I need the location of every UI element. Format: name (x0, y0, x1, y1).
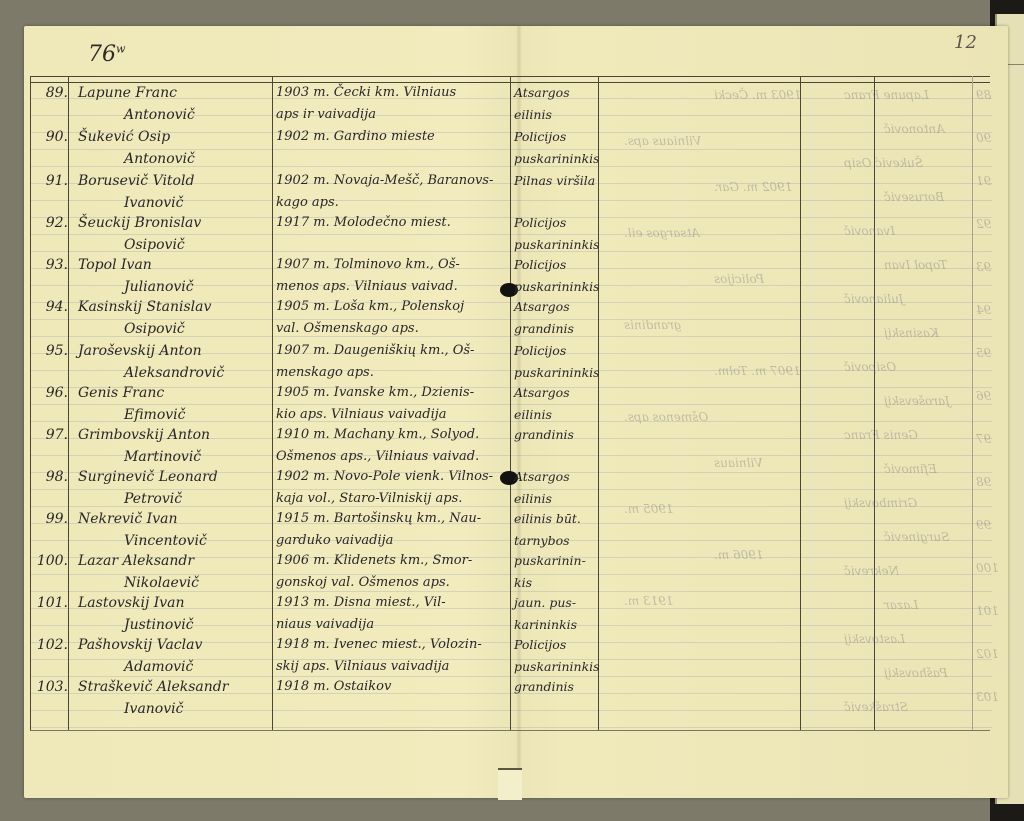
entry-patronymic: Aleksandrovič (124, 362, 224, 384)
entry-birth-line2: kaja vol., Staro-Vilniskij aps. (276, 488, 462, 510)
ghost-text-birth: grandinis (624, 318, 682, 332)
entry-birth-line1: 1906 m. Klidenets km., Smor- (276, 550, 472, 572)
ghost-text-name: Borusevič (884, 190, 944, 204)
ghost-text-name: Pašhovskij (884, 666, 948, 680)
entry-name: Kasinskij Stanislav (78, 296, 211, 318)
entry-patronymic: Antonovič (124, 104, 195, 126)
entry-occupation-line1: Atsargos (514, 382, 570, 404)
entry-occupation-line1: puskarinin- (514, 550, 586, 572)
entry-name: Grimbovskij Anton (78, 424, 210, 446)
ghost-text-name: Antonovič (884, 122, 945, 136)
entry-birth-line2: aps ir vaivadija (276, 104, 376, 126)
entry-occupation-line1: eilinis būt. (514, 508, 581, 530)
entry-number: 94. (34, 296, 68, 318)
entry-name: Šukević Osip (78, 126, 170, 148)
entry-patronymic: Adamovič (124, 656, 193, 678)
ledger-row: 98.Surginevič LeonardPetrovič1902 m. Nov… (24, 466, 624, 512)
ghost-text-number: 103 (976, 690, 999, 704)
entry-occupation-line1: Policijos (514, 126, 566, 148)
entry-number: 92. (34, 212, 68, 234)
entry-birth-line1: 1918 m. Ostaikov (276, 676, 391, 698)
entry-patronymic: Osipovič (124, 318, 185, 340)
entry-occupation-line2: puskarininkis (514, 656, 600, 678)
entry-birth-line1: 1917 m. Molodečno miest. (276, 212, 451, 234)
entry-birth-line2: menskago aps. (276, 362, 374, 384)
entry-number: 100. (34, 550, 68, 572)
entry-patronymic: Vincentovič (124, 530, 207, 552)
ledger-row: 91.Borusevič VitoldIvanovič1902 m. Novaj… (24, 170, 624, 216)
ghost-text-birth: 1906 m. (714, 548, 764, 562)
entry-occupation-line2: puskarininkis (514, 234, 600, 256)
entry-patronymic: Martinovič (124, 446, 201, 468)
entry-occupation-line1: Policijos (514, 254, 566, 276)
ghost-text-name: Kasinskij (884, 326, 939, 340)
ghost-text-number: 102 (976, 647, 999, 661)
entry-occupation-line1: Atsargos (514, 296, 570, 318)
entry-occupation-line2: eilinis (514, 488, 552, 510)
entry-birth-line2: val. Ošmenskago aps. (276, 318, 419, 340)
entry-occupation-line1: Policijos (514, 340, 566, 362)
entry-patronymic: Ivanovič (124, 698, 183, 720)
ghost-text-number: 97 (976, 432, 991, 446)
entry-occupation-line1: grandinis (514, 676, 574, 698)
entry-name: Surginevič Leonard (78, 466, 218, 488)
entry-name: Borusevič Vitold (78, 170, 194, 192)
ghost-text-name: Surginevič (884, 530, 949, 544)
entry-patronymic: Ivanovič (124, 192, 183, 214)
entry-number: 95. (34, 340, 68, 362)
entry-occupation-line1: Policijos (514, 212, 566, 234)
ghost-text-name: Lapune Franc (844, 88, 929, 102)
ledger-row: 95.Jaroševskij AntonAleksandrovič1907 m.… (24, 340, 624, 386)
entry-name: Jaroševskij Anton (78, 340, 202, 362)
entry-number: 96. (34, 382, 68, 404)
entry-number: 99. (34, 508, 68, 530)
page-number: 76w (88, 42, 125, 67)
entry-patronymic: Justinovič (124, 614, 194, 636)
ghost-text-name: Topol Ivan (884, 258, 947, 272)
ghost-text-birth: 1913 m. (624, 594, 674, 608)
entry-occupation-line1: Atsargos (514, 466, 570, 488)
table-bottom-border (30, 730, 990, 731)
ledger-row: 94.Kasinskij StanislavOsipovič1905 m. Lo… (24, 296, 624, 342)
ledger-row: 99.Nekrevič IvanVincentovič1915 m. Barto… (24, 508, 624, 554)
entry-birth-line1: 1905 m. Loša km., Polenskoj (276, 296, 464, 318)
ghost-text-name: Šukević Osip (844, 156, 923, 170)
entry-number: 103. (34, 676, 68, 698)
ghost-text-birth: Policijos (714, 272, 764, 286)
ghost-text-number: 96 (976, 389, 991, 403)
ghost-text-birth: 1902 m. Gar. (714, 180, 792, 194)
entry-name: Nekrevič Ivan (78, 508, 177, 530)
ghost-text-number: 101 (976, 604, 999, 618)
ledger-row: 93.Topol IvanJulianovič1907 m. Tolminovo… (24, 254, 624, 300)
ghost-text-birth: Vilniaus (714, 456, 763, 470)
entry-name: Lazar Aleksandr (78, 550, 194, 572)
ghost-text-name: Nekrevič (844, 564, 899, 578)
entry-birth-line2: menos aps. Vilniaus vaivad. (276, 276, 458, 298)
entry-birth-line1: 1903 m. Čecki km. Vilniaus (276, 82, 456, 104)
entry-name: Straškevič Aleksandr (78, 676, 228, 698)
entry-birth-line2: kio aps. Vilniaus vaivadija (276, 404, 447, 426)
entry-occupation-line1: Policijos (514, 634, 566, 656)
ghost-text-birth: 1907 m. Tolm. (714, 364, 801, 378)
entry-patronymic: Osipovič (124, 234, 185, 256)
entry-occupation-line1: Atsargos (514, 82, 570, 104)
entry-occupation-line2: kis (514, 572, 532, 594)
ghost-text-name: Grimbovskij (844, 496, 917, 510)
entry-birth-line1: 1918 m. Ivenec miest., Volozin- (276, 634, 482, 656)
ghost-text-name: Lastovskij (844, 632, 905, 646)
entry-birth-line2: garduko vaivadija (276, 530, 393, 552)
entry-birth-line1: 1910 m. Machany km., Solyod. (276, 424, 479, 446)
ghost-text-name: Efimovič (884, 462, 937, 476)
entry-birth-line1: 1902 m. Novaja-Mešč, Baranovs- (276, 170, 493, 192)
ledger-row: 90.Šukević OsipAntonovič1902 m. Gardino … (24, 126, 624, 172)
ghost-text-birth: Ošmenos aps. (624, 410, 708, 424)
entry-occupation-line2: tarnybos (514, 530, 570, 552)
entry-birth-line1: 1905 m. Ivanske km., Dzienis- (276, 382, 474, 404)
ghost-text-birth: Vilniaus aps. (624, 134, 701, 148)
ledger-sheet: 76w 12 89.Lapune FrancAntonovič1903 m. Č… (24, 26, 1008, 798)
ghost-text-name: Straškevič (844, 700, 908, 714)
entry-patronymic: Julianovič (124, 276, 194, 298)
entry-number: 98. (34, 466, 68, 488)
ghost-text-birth: 1903 m. Čecki (714, 88, 801, 102)
entry-birth-line1: 1902 m. Novo-Pole vienk. Vilnos- (276, 466, 493, 488)
entry-birth-line1: 1907 m. Daugeniškių km., Oš- (276, 340, 474, 362)
ghost-text-number: 93 (976, 260, 991, 274)
ghost-text-number: 95 (976, 346, 991, 360)
ghost-text-number: 100 (976, 561, 999, 575)
ghost-text-number: 99 (976, 518, 991, 532)
ghost-text-name: Julianovič (844, 292, 904, 306)
entry-number: 101. (34, 592, 68, 614)
entry-occupation-line2: puskarininkis (514, 148, 600, 170)
col-border-right-3 (972, 76, 973, 730)
entry-patronymic: Nikolaevič (124, 572, 199, 594)
ghost-text-number: 92 (976, 217, 991, 231)
entry-patronymic: Efimovič (124, 404, 186, 426)
ghost-text-number: 90 (976, 131, 991, 145)
entry-occupation-line2: grandinis (514, 318, 574, 340)
entry-number: 93. (34, 254, 68, 276)
ghost-text-birth: 1905 m. (624, 502, 674, 516)
entry-occupation-line1: jaun. pus- (514, 592, 576, 614)
ghost-text-name: Ivanovič (844, 224, 895, 238)
entry-birth-line2: niaus vaivadija (276, 614, 374, 636)
entry-name: Šeuckij Bronislav (78, 212, 201, 234)
entry-name: Genis Franc (78, 382, 164, 404)
entry-name: Topol Ivan (78, 254, 152, 276)
col-border-right-1 (800, 76, 801, 730)
ghost-text-number: 89 (976, 88, 991, 102)
entry-name: Lastovskij Ivan (78, 592, 185, 614)
entry-birth-line1: 1902 m. Gardino miestе (276, 126, 435, 148)
entry-birth-line2: skij aps. Vilniaus vaivadija (276, 656, 449, 678)
entry-number: 102. (34, 634, 68, 656)
ledger-row: 97.Grimbovskij AntonMartinovič1910 m. Ma… (24, 424, 624, 470)
entry-occupation-line1: Pilnas viršila (514, 170, 595, 192)
entry-birth-line1: 1907 m. Tolminovo km., Oš- (276, 254, 460, 276)
ghost-text-name: Osipovič (844, 360, 896, 374)
ledger-row: 103.Straškevič AleksandrIvanovič1918 m. … (24, 676, 624, 722)
ghost-text-birth: Atsargos eil. (624, 226, 700, 240)
entry-birth-line2: gonskoj val. Ošmenos aps. (276, 572, 450, 594)
ledger-row: 100.Lazar AleksandrNikolaevič1906 m. Kli… (24, 550, 624, 596)
entry-name: Pašhovskij Vaclav (78, 634, 202, 656)
entry-occupation-line2: karininkis (514, 614, 577, 636)
entry-occupation-line2: puskarininkis (514, 276, 600, 298)
ledger-row: 89.Lapune FrancAntonovič1903 m. Čecki km… (24, 82, 624, 128)
entry-birth-line1: 1915 m. Bartošinskų km., Nau- (276, 508, 481, 530)
entry-birth-line2: kago aps. (276, 192, 339, 214)
entry-patronymic: Petrovič (124, 488, 182, 510)
entry-birth-line1: 1913 m. Disna miest., Vil- (276, 592, 446, 614)
entry-occupation-line2: eilinis (514, 104, 552, 126)
ledger-row: 92.Šeuckij BronislavOsipovič1917 m. Molo… (24, 212, 624, 258)
ghost-text-name: Jaroševskij (884, 394, 950, 408)
ledger-row: 101.Lastovskij IvanJustinovič1913 m. Dis… (24, 592, 624, 638)
ghost-text-name: Genis Franc (844, 428, 918, 442)
entry-occupation-line2: puskarininkis (514, 362, 600, 384)
entry-occupation-line2: eilinis (514, 404, 552, 426)
ghost-text-number: 94 (976, 303, 991, 317)
entry-number: 90. (34, 126, 68, 148)
entry-number: 89. (34, 82, 68, 104)
entry-birth-line2: Ošmenos aps., Vilniaus vaivad. (276, 446, 479, 468)
entry-name: Lapune Franc (78, 82, 177, 104)
entry-patronymic: Antonovič (124, 148, 195, 170)
ghost-text-number: 91 (976, 174, 991, 188)
entry-number: 97. (34, 424, 68, 446)
entry-number: 91. (34, 170, 68, 192)
right-page-mark: 12 (954, 32, 977, 53)
ledger-row: 102.Pašhovskij VaclavAdamovič1918 m. Ive… (24, 634, 624, 680)
entry-occupation-line1: grandinis (514, 424, 574, 446)
ghost-text-name: Lazar (884, 598, 918, 612)
ledger-row: 96.Genis FrancEfimovič1905 m. Ivanske km… (24, 382, 624, 428)
paper-tear (498, 768, 522, 800)
ghost-text-number: 98 (976, 475, 991, 489)
